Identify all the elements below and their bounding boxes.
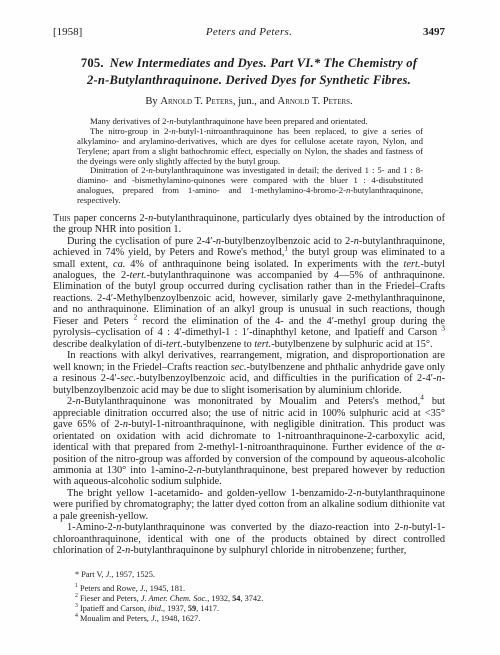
footnote-item: 1 Peters and Rowe, J., 1945, 181. (75, 584, 445, 594)
header-page-number: 3497 (423, 26, 445, 38)
article-title: 705.New Intermediates and Dyes. Part VI.… (53, 55, 445, 88)
article-body: This paper concerns 2-n-butylanthraquino… (53, 213, 445, 557)
body-paragraph: In reactions with alkyl derivatives, rea… (53, 350, 445, 396)
footnotes: * Part V, J., 1957, 1525. 1 Peters and R… (53, 570, 445, 624)
running-header: [1958] Peters and Peters. 3497 (53, 26, 445, 38)
header-year: [1958] (53, 26, 82, 38)
article-title-text-2: 2-n-Butylanthraquinone. Derived Dyes for… (53, 72, 445, 89)
journal-page: [1958] Peters and Peters. 3497 705.New I… (0, 0, 500, 655)
article-number: 705. (81, 56, 104, 70)
body-paragraph: This paper concerns 2-n-butylanthraquino… (53, 213, 445, 236)
article-title-text-1: New Intermediates and Dyes. Part VI.* Th… (110, 56, 417, 70)
abstract: Many derivatives of 2-n-butylanthraquino… (77, 117, 423, 205)
footnote-item: 4 Moualim and Peters, J., 1948, 1627. (75, 614, 445, 624)
body-paragraph: 2-n-Butylanthraquinone was mononitrated … (53, 396, 445, 488)
footnote-item: 3 Ipatieff and Carson, ibid., 1937, 59, … (75, 604, 445, 614)
body-paragraph: The bright yellow 1-acetamido- and golde… (53, 488, 445, 522)
abstract-paragraph: The nitro-group in 2-n-butyl-1-nitroanth… (77, 127, 423, 166)
footnote-item: * Part V, J., 1957, 1525. (75, 570, 445, 580)
article-title-line1: 705.New Intermediates and Dyes. Part VI.… (53, 55, 445, 72)
footnote-item: 2 Fieser and Peters, J. Amer. Chem. Soc.… (75, 594, 445, 604)
header-running-title: Peters and Peters. (206, 26, 292, 38)
body-paragraph: During the cyclisation of pure 2-4′-n-bu… (53, 236, 445, 351)
byline: By Arnold T. Peters, jun., and Arnold T.… (53, 96, 445, 107)
body-paragraph: 1-Amino-2-n-butylanthraquinone was conve… (53, 522, 445, 556)
abstract-paragraph: Dinitration of 2-n-butylanthraquinone wa… (77, 166, 423, 205)
